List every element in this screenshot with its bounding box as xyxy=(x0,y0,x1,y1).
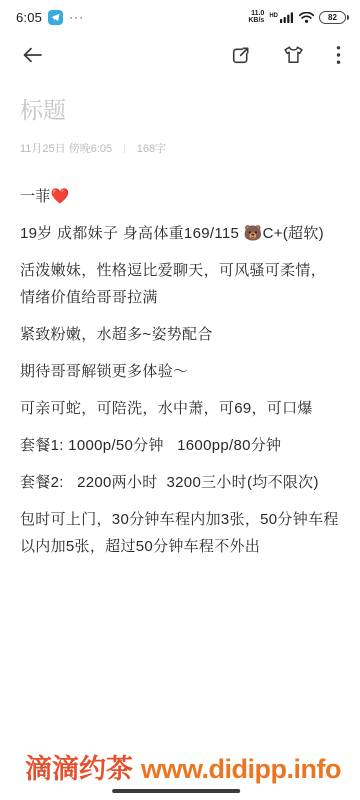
watermark-url: www.didipp.info xyxy=(141,754,341,785)
note-toolbar xyxy=(0,30,360,80)
note-paragraph[interactable]: 19岁 成都妹子 身高体重169/115 🐻C+(超软) xyxy=(20,220,340,247)
network-speed-unit: KB/s xyxy=(248,17,264,25)
battery-indicator: 82 xyxy=(319,11,346,24)
wifi-icon xyxy=(299,12,314,23)
note-paragraph[interactable]: 紧致粉嫩，水超多~姿势配合 xyxy=(20,321,340,348)
theme-button[interactable] xyxy=(282,45,305,65)
note-paragraph[interactable]: 可亲可蛇，可陪洗，水中萧，可69，可口爆 xyxy=(20,395,340,422)
network-speed: 11.0 KB/s xyxy=(248,10,264,25)
note-paragraph[interactable]: 套餐2: 2200两小时 3200三小时(均不限次) xyxy=(20,469,340,496)
note-paragraph[interactable]: 一菲❤️ xyxy=(20,183,340,210)
note-body[interactable]: 一菲❤️19岁 成都妹子 身高体重169/115 🐻C+(超软)活泼嫩妹，性格逗… xyxy=(20,183,340,560)
note-title-input[interactable]: 标题 xyxy=(20,92,340,125)
tshirt-icon xyxy=(282,45,305,65)
battery-percent: 82 xyxy=(328,13,337,22)
cellular-signal-icon xyxy=(280,12,294,23)
note-meta: 11月25日 傍晚6:05 | 168字 xyxy=(20,140,340,156)
watermark: 滴滴约茶 www.didipp.info xyxy=(0,747,360,786)
network-speed-value: 11.0 xyxy=(251,10,264,18)
back-button[interactable] xyxy=(21,45,43,65)
note-paragraph[interactable]: 期待哥哥解锁更多体验～ xyxy=(20,358,340,385)
back-arrow-icon xyxy=(21,45,43,65)
share-export-icon xyxy=(230,45,251,66)
note-paragraph[interactable]: 套餐1: 1000p/50分钟 1600pp/80分钟 xyxy=(20,432,340,459)
note-date-time: 11月25日 傍晚6:05 xyxy=(20,140,112,156)
clock-time: 6:05 xyxy=(16,10,42,25)
note-word-count: 168字 xyxy=(137,140,166,156)
kebab-menu-icon xyxy=(336,45,341,65)
hd-volte-label: HD xyxy=(269,13,278,19)
more-notifications-icon: ··· xyxy=(69,11,84,23)
meta-divider: | xyxy=(123,143,126,154)
note-editor: 标题 11月25日 傍晚6:05 | 168字 一菲❤️19岁 成都妹子 身高体… xyxy=(0,92,360,560)
note-paragraph[interactable]: 包时可上门，30分钟车程内加3张，50分钟车程以内加5张，超过50分钟车程不外出 xyxy=(20,506,340,560)
note-paragraph[interactable]: 活泼嫩妹，性格逗比爱聊天，可风骚可柔情，情绪价值给哥哥拉满 xyxy=(20,257,340,311)
menu-button[interactable] xyxy=(336,45,341,65)
home-indicator-bar[interactable] xyxy=(112,789,240,793)
telegram-notification-icon xyxy=(48,10,63,25)
watermark-brand: 滴滴约茶 xyxy=(25,747,133,786)
share-button[interactable] xyxy=(230,45,251,66)
status-bar: 6:05 ··· 11.0 KB/s HD 82 xyxy=(0,0,360,30)
